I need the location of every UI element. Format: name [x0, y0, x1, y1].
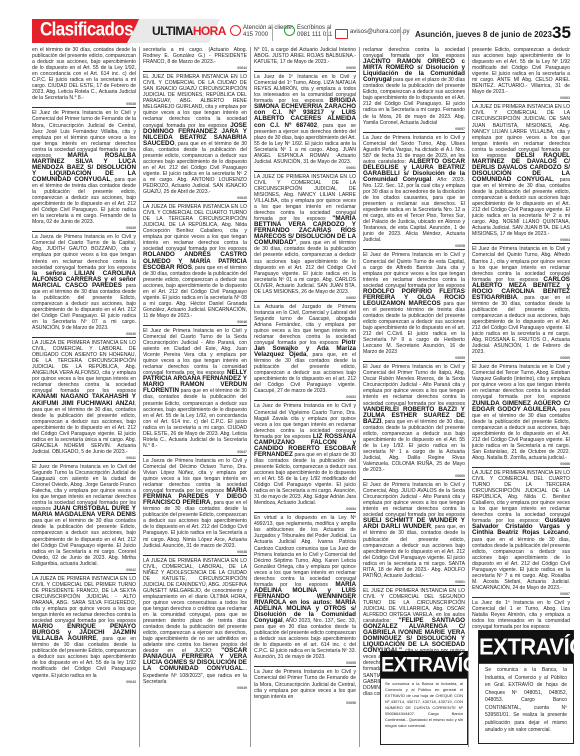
- notice-text: LA JUEZA DE PRIMERA INSTANCIA EN LO CIVI…: [143, 558, 247, 655]
- classified-notice: El Juez de Primera Instancia en lo Civil…: [363, 252, 465, 355]
- classified-notice: El Juez de Primera Instancia en lo Civil…: [32, 110, 136, 225]
- notice-code: 00641: [32, 456, 136, 460]
- classified-notice: El Juez de Primera Instancia en lo Civil…: [143, 328, 247, 449]
- notice-divider: [143, 71, 247, 72]
- column-4: reclamar derechos contra la sociedad con…: [363, 47, 465, 747]
- notice-text: LA JUEZA DE PRIMERA INSTANCIA EN LO CIVI…: [143, 204, 247, 252]
- notice-code: 00647: [143, 450, 247, 454]
- classified-notice: presente Edicto, comparezcan a deducir s…: [472, 47, 570, 95]
- notice-divider: [254, 301, 356, 302]
- notice-code: 00666: [472, 462, 570, 466]
- classified-notice: La Juez de 1º Instancia en lo Civil y Co…: [472, 600, 570, 629]
- classified-notice: LA JUEZA DE PRIMERA INSTANCIA EN LO CIVI…: [143, 558, 247, 685]
- classified-notice: en el término de 30 días, contados desde…: [32, 47, 136, 101]
- classified-notice: La Juez de Primera Instancia en lo Civil…: [254, 669, 356, 699]
- notice-text: EL JUEZ DE PRIMERA INSTANCIA EN LO CIVIL…: [143, 74, 247, 128]
- column-divider: [468, 47, 469, 747]
- notice-text: LA JUEZ DE PRIMERA INSTANCIA EN LO CIVIL…: [472, 104, 570, 158]
- notice-divider: [254, 666, 356, 667]
- extravio-ad-1: EXTRAVÍO Se comunica a la Banca la Indus…: [380, 651, 468, 745]
- notice-names: la señora LILIAN CAROLINA ALFONSO CARRER…: [32, 270, 136, 289]
- classified-notice: secretaría a mi cargo. (Actuario Abog. R…: [143, 47, 247, 65]
- notice-divider: [143, 555, 247, 556]
- classified-notice: N° 01, a cargo del Actuario Judicial Int…: [254, 47, 356, 65]
- notice-text: en el término de 30 días, contados desde…: [32, 47, 136, 101]
- extravio-title: EXTRAVÍO: [479, 630, 573, 664]
- extravio-body: Se comunica a la Banca la Industria, al …: [381, 678, 467, 732]
- notice-text: LA JUEZA DE PRIMERA INSTANCIA EN LO CIVI…: [32, 340, 136, 394]
- notice-code: 00665: [472, 356, 570, 360]
- notice-text: . Año: 2023. Nro. 122. Sec. 12, por la c…: [363, 177, 465, 243]
- page-header: Clasificados ULTIMAHORA Atención al clie…: [32, 15, 570, 45]
- notice-text: , para que en el término de 30 días, con…: [143, 141, 247, 195]
- notice-text: En virtud a lo dispuesto en la Ley Nº 49…: [254, 515, 356, 588]
- notice-code: 00667: [472, 592, 570, 596]
- notice-code: 00639: [32, 226, 136, 230]
- notice-text: , para que en término de 30 días contado…: [32, 636, 136, 678]
- notice-divider: [254, 71, 356, 72]
- notice-text: , para que en el término de 30 días, con…: [143, 265, 247, 319]
- notice-code: 00656: [254, 701, 356, 705]
- notice-divider: [363, 249, 465, 250]
- column-divider: [139, 47, 140, 747]
- notice-divider: [143, 201, 247, 202]
- extravio-ad-2: EXTRAVÍO Se comunica a la Banca, la Indu…: [478, 630, 574, 744]
- notice-text: , para que, en el término de 30 días, co…: [363, 524, 465, 578]
- notice-text: , para que en el término de treinta días…: [32, 177, 136, 225]
- divider: [400, 27, 401, 41]
- classified-notice: La Juez de Primera Instancia en lo Civil…: [254, 403, 356, 506]
- classified-notice: EL JUEZ DE PRIMERA INSTANCIA EN LO CIVIL…: [143, 74, 247, 195]
- classified-notice: El Juez de Primera Instancia en lo Civil…: [472, 364, 570, 461]
- notice-divider: [32, 573, 136, 574]
- divider: [272, 27, 273, 41]
- notice-divider: [472, 467, 570, 468]
- notice-divider: [254, 171, 356, 172]
- notice-code: 00645: [143, 196, 247, 200]
- notice-text: El Juez de Primera Instancia en lo Civil…: [363, 364, 465, 406]
- notice-divider: [143, 455, 247, 456]
- classified-notice: La Jueza de Primera Instancia en lo Civi…: [143, 458, 247, 549]
- column-1: en el término de 30 días, contados desde…: [32, 47, 136, 747]
- classified-notice: En virtud a lo dispuesto en la Ley Nº 49…: [254, 515, 356, 660]
- notice-names: KANAMI NAGANO TAKAHASHI Y AKIFUMI JIMI F…: [32, 393, 136, 406]
- notice-divider: [363, 132, 465, 133]
- notice-code: 00653: [254, 395, 356, 399]
- section-title: Clasificados: [40, 19, 133, 41]
- classified-notice: LA JUEZA DE PRIMERA INSTANCIA EN LO CIVI…: [32, 576, 136, 679]
- notice-text: , para que en el término de 30 días cont…: [143, 500, 247, 548]
- classified-notice: LA JUEZA DE PRIMERA INSTANCIA EN LO CIVI…: [143, 204, 247, 319]
- notice-text: , para que en el término de 30 días, con…: [472, 177, 570, 237]
- notice-code: 00643: [32, 680, 136, 684]
- classified-notice: La Jueza de Primera Instancia en lo Civi…: [32, 234, 136, 331]
- notice-divider: [472, 597, 570, 598]
- notice-text: , para que se presenten a ejercer sus de…: [254, 123, 356, 165]
- notice-text: El Juez de Primera Instancia en lo Civil…: [472, 364, 570, 400]
- notice-code: 00660: [363, 474, 465, 478]
- notice-text: presente Edicto, comparezcan a deducir s…: [472, 47, 570, 95]
- whatsapp-contact: Escríbinos al0981 111 011: [284, 25, 332, 39]
- notice-divider: [472, 243, 570, 244]
- extravio-body: Se comunica a la Banca, la Industria, el…: [479, 663, 573, 739]
- notice-code: 00648: [143, 550, 247, 554]
- notice-text: para que en el término de 30 días, conta…: [143, 388, 247, 448]
- divider: [327, 27, 328, 41]
- page-number: 35: [552, 23, 571, 43]
- classified-notice: reclamar derechos contra la sociedad con…: [363, 47, 465, 126]
- notice-divider: [254, 512, 356, 513]
- extravio-title: EXTRAVÍO: [381, 651, 467, 678]
- notice-code: 00659: [363, 356, 465, 360]
- email-contact: avisos@uhora.com.py: [335, 29, 409, 39]
- column-2: secretaría a mi cargo. (Actuario Abog. R…: [143, 47, 247, 747]
- notice-text: , para que en el término de 30 días, con…: [254, 240, 356, 294]
- notice-code: 00650: [254, 66, 356, 70]
- notice-divider: [32, 461, 136, 462]
- notice-text: , para que en el término de 30 días cont…: [472, 407, 570, 461]
- notice-divider: [32, 107, 136, 108]
- column-divider: [250, 47, 251, 747]
- notice-code: 00642: [32, 568, 136, 572]
- phone-icon: [230, 25, 241, 36]
- notice-text: LA JUEZ DE PRIMERA INSTANCIA EN LO CIVIL…: [472, 470, 570, 524]
- notice-code: 00649: [143, 686, 247, 690]
- notice-text: La Jueza de Primera Instancia en lo Civi…: [32, 234, 136, 270]
- notice-text: , para que en el término de 30 días, con…: [363, 419, 465, 473]
- column-divider: [359, 47, 360, 747]
- notice-divider: [363, 479, 465, 480]
- notice-divider: [472, 361, 570, 362]
- notice-divider: [32, 231, 136, 232]
- classified-notice: La Juez de 1º Instancia en lo Civil y Co…: [254, 74, 356, 165]
- notice-text: para que en el término de 30 días contad…: [32, 283, 136, 331]
- classified-notice: La Actuaria del Juzgado de Primera Insta…: [254, 304, 356, 395]
- notice-divider: [363, 361, 465, 362]
- classified-notice: LA JUEZA DE PRIMERA INSTANCIA EN LO CIVI…: [32, 340, 136, 455]
- issue-date: Asunción, jueves 8 de junio de 2023: [415, 30, 552, 39]
- envelope-icon: [335, 29, 348, 39]
- notice-text: , para que en el término de 30 días, con…: [472, 530, 570, 590]
- notice-text: El Juez de Primera Instancia en lo Civil…: [363, 252, 465, 288]
- notice-code: 00658: [363, 244, 465, 248]
- notice-code: 00655: [254, 661, 356, 665]
- section-banner: Clasificados: [32, 19, 140, 43]
- notice-divider: [254, 400, 356, 401]
- classified-notice: LA JUEZ DE PRIMERA INSTANCIA EN LO CIVIL…: [472, 104, 570, 237]
- notice-text: , para que en el término de 30 días, con…: [32, 401, 136, 455]
- newspaper-logo: ULTIMAHORA: [152, 24, 226, 38]
- notice-code: 00654: [254, 507, 356, 511]
- notice-code: 00640: [32, 332, 136, 336]
- notice-code: 00664: [472, 238, 570, 242]
- notice-code: 00652: [254, 296, 356, 300]
- notice-text: , para que, en el término de 30 días con…: [254, 352, 356, 394]
- notice-code: 00638: [32, 102, 136, 106]
- notice-text: La Juez de Primera Instancia en lo Civil…: [254, 669, 356, 699]
- notice-code: 00663: [472, 96, 570, 100]
- classified-notice: El Juez de Primera Instancia en lo Civil…: [363, 364, 465, 473]
- notice-text: , para que en el término de 30 días, con…: [472, 295, 570, 355]
- notice-text: para que en el plazo de 30 días contados…: [254, 452, 356, 506]
- notice-text: N° 01, a cargo del Actuario Judicial Int…: [254, 47, 356, 65]
- classified-notice: LA JUEZ DE PRIMERA INSTANCIA EN LO CIVIL…: [254, 174, 356, 295]
- notice-text: LA JUEZA DE PRIMERA INSTANCIA EN LO CIVI…: [32, 576, 136, 624]
- notice-divider: [143, 325, 247, 326]
- notice-divider: [32, 337, 136, 338]
- column-3: N° 01, a cargo del Actuario Judicial Int…: [254, 47, 356, 747]
- notice-divider: [472, 101, 570, 102]
- classified-notice: El Juez de Primera Instancia en lo Civil…: [32, 464, 136, 567]
- notice-text: para que en el perentorio término de tre…: [363, 301, 465, 355]
- notice-text: para que en el plazo de 30 días contados…: [363, 77, 465, 125]
- classified-notice: El Juez de Primera Instancia en lo Civil…: [472, 246, 570, 355]
- notice-text: La Juez de 1º Instancia en lo Civil y Co…: [472, 600, 570, 629]
- notice-code: 00644: [143, 66, 247, 70]
- notice-text: El Juez de Primera Instancia en lo Civil…: [363, 482, 465, 518]
- notice-text: secretaría a mi cargo. (Actuario Abog. R…: [143, 47, 247, 65]
- classified-notice: El Juez de Primera Instancia en lo Civil…: [363, 482, 465, 579]
- notice-divider: [363, 585, 465, 586]
- notice-code: 00661: [363, 580, 465, 584]
- column-5: presente Edicto, comparezcan a deducir s…: [472, 47, 570, 629]
- notice-code: 00646: [143, 320, 247, 324]
- notice-text: para que en el término de 30 días contad…: [32, 518, 136, 566]
- classified-notice: La Juez de Primera Instancia en lo Civil…: [363, 135, 465, 244]
- notice-code: 00651: [254, 166, 356, 170]
- classified-notice: LA JUEZ DE PRIMERA INSTANCIA EN LO CIVIL…: [472, 470, 570, 591]
- whatsapp-icon: [284, 25, 295, 36]
- notice-text: , AÑO 2023, Nro. 137, Sec. 33, para que …: [254, 618, 356, 660]
- notice-code: 00657: [363, 127, 465, 131]
